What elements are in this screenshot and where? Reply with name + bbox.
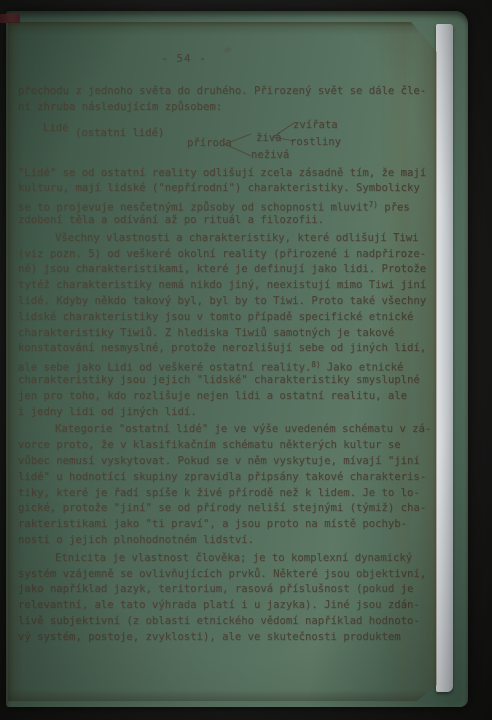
diagram-label-animals: zvířata xyxy=(293,118,338,134)
text-line: zdobení těla a odívání až po rituál a fi… xyxy=(18,213,434,229)
text-line: lidé. Kdyby někdo takový byl, byl by to … xyxy=(18,294,434,310)
text-line: lidé" u hodnotící skupiny zpravidla přip… xyxy=(18,470,434,486)
book-spine-accent xyxy=(0,14,20,23)
text-line: charakteristiky Tiwiů. Z hlediska Tiwiů … xyxy=(18,326,434,342)
text-line: livě subjektivní (z oblasti etnického vě… xyxy=(18,614,434,630)
paragraph: Kategorie "ostatní lidé" je ve výše uved… xyxy=(18,422,434,548)
intro-paragraphs: přechodu z jednoho světa do druhého. Při… xyxy=(18,84,434,116)
diagram-label-people: Lidé xyxy=(43,121,69,137)
text-line: "Lidé" se od ostatní reality odlišují zc… xyxy=(18,166,434,182)
diagram-label-nonliving: neživá xyxy=(251,148,289,164)
text-line: vý systém, postoje, zvyklosti), ale ve s… xyxy=(18,630,434,646)
text-line: lidské charakteristiky jsou v tomto příp… xyxy=(18,310,434,326)
text-line: nosti o jejich plnohodnotném lidství. xyxy=(18,533,434,549)
text-line: tytéž charakteristiky nemá nikdo jiný, n… xyxy=(18,278,434,294)
text-line: i jedny lidi od jiných lidí. xyxy=(18,405,434,421)
text-line: se to projevuje nesčetnými způsoby od sc… xyxy=(18,197,434,213)
text-line: jako například jazyk, teritorium, rasová… xyxy=(18,582,434,598)
branch-lines-nature-icon xyxy=(223,132,253,158)
text-line: ale sebe jako Lidi od veškeré ostatní re… xyxy=(18,357,434,373)
book-page: - 54 - přechodu z jednoho světa do druhé… xyxy=(8,22,437,701)
text-line: ní zhruba následujícím způsobem: xyxy=(18,100,434,116)
text-line: vůbec nemusí vyskytovat. Pokud se v něm … xyxy=(18,454,434,470)
page-number: - 54 - xyxy=(8,52,360,65)
classification-diagram: Lidé (ostatní lidé) příroda živá neživá … xyxy=(18,118,434,164)
diagram-label-plants: rostliny xyxy=(290,135,341,151)
body-paragraphs: "Lidé" se od ostatní reality odlišují zc… xyxy=(18,166,434,646)
text-line: konstatování nesmyslné, protože nerozliš… xyxy=(18,341,434,357)
paragraph: Etnicita je vlastnost člověka; je to kom… xyxy=(18,551,434,646)
page-stack-edge xyxy=(436,24,453,692)
text-line: Etnicita je vlastnost člověka; je to kom… xyxy=(18,551,434,567)
text-line: Všechny vlastnosti a charakteristiky, kt… xyxy=(18,231,434,247)
paragraph: "Lidé" se od ostatní reality odlišují zc… xyxy=(18,166,434,229)
text-line: vorce proto, že v klasifikačním schématu… xyxy=(18,438,434,454)
text-line: né) jsou charakteristikami, které je def… xyxy=(18,262,434,278)
text-line: Kategorie "ostatní lidé" je ve výše uved… xyxy=(18,422,434,438)
diagram-label-other-people: (ostatní lidé) xyxy=(75,126,164,142)
text-line: rakteristikami jako "ti praví", a jsou p… xyxy=(18,517,434,533)
text-line: kulturu, mají lidské ("nepřírodní") char… xyxy=(18,181,434,197)
text-line: charakteristiky jsou jejich "lidské" cha… xyxy=(18,373,434,389)
footnote-ref: 7) xyxy=(369,200,378,209)
text-line: (viz pozn. 5) od veškeré okolní reality … xyxy=(18,247,434,263)
photo-background: - 54 - přechodu z jednoho světa do druhé… xyxy=(0,0,492,720)
text-column: přechodu z jednoho světa do druhého. Při… xyxy=(18,84,434,648)
text-line: relevantní, ale tato výhrada platí i u j… xyxy=(18,598,434,614)
paragraph: přechodu z jednoho světa do druhého. Při… xyxy=(18,84,434,116)
text-line: tiky, které je řadí spíše k živé přírodě… xyxy=(18,486,434,502)
paragraph: Všechny vlastnosti a charakteristiky, kt… xyxy=(18,231,434,421)
text-line: gické, protože "jiní" se od přírody neli… xyxy=(18,501,434,517)
text-line: systém vzájemně se ovlivňujících prvků. … xyxy=(18,567,434,583)
text-line: jen pro toho, kdo rozlišuje nejen lidi a… xyxy=(18,389,434,405)
text-line: přechodu z jednoho světa do druhého. Při… xyxy=(18,84,434,100)
